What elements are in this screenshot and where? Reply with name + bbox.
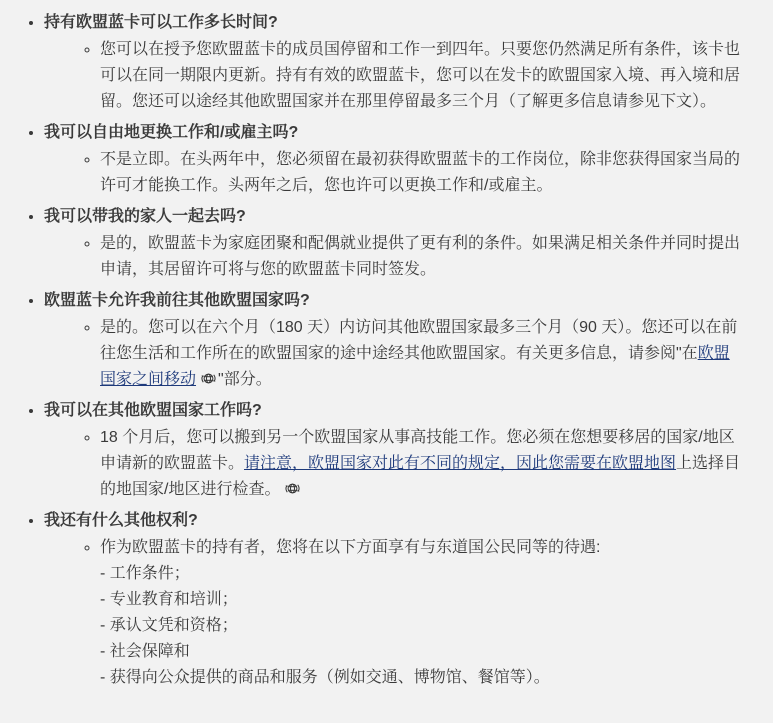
faq-list: 持有欧盟蓝卡可以工作多长时间? 您可以在授予您欧盟蓝卡的成员国停留和工作一到四年… <box>0 10 743 691</box>
question-text: 持有欧盟蓝卡可以工作多长时间? <box>44 14 278 31</box>
question-text: 我还有什么其他权利? <box>44 512 198 529</box>
eu-map-rules-link[interactable]: 请注意，欧盟国家对此有不同的规定，因此您需要在欧盟地图 <box>244 455 676 472</box>
question-item: 我还有什么其他权利? 作为欧盟蓝卡的持有者，您将在以下方面享有与东道国公民同等的… <box>44 508 743 691</box>
rights-line: - 专业教育和培训； <box>100 587 743 613</box>
question-text: 我可以自由地更换工作和/或雇主吗? <box>44 124 298 141</box>
question-item: 我可以在其他欧盟国家工作吗? 18 个月后，您可以搬到另一个欧盟国家从事高技能工… <box>44 398 743 503</box>
globe-arrows-icon[interactable] <box>200 371 217 386</box>
question-text: 我可以带我的家人一起去吗? <box>44 208 246 225</box>
answer-text: 您可以在授予您欧盟蓝卡的成员国停留和工作一到四年。只要您仍然满足所有条件，该卡也… <box>100 41 740 110</box>
answer-item: 作为欧盟蓝卡的持有者，您将在以下方面享有与东道国公民同等的待遇: - 工作条件；… <box>100 535 743 691</box>
answer-item: 不是立即。在头两年中，您必须留在最初获得欧盟蓝卡的工作岗位，除非您获得国家当局的… <box>100 147 743 199</box>
answer-text: 不是立即。在头两年中，您必须留在最初获得欧盟蓝卡的工作岗位，除非您获得国家当局的… <box>100 151 740 194</box>
rights-line: - 承认文凭和资格； <box>100 613 743 639</box>
answer-list: 18 个月后，您可以搬到另一个欧盟国家从事高技能工作。您必须在您想要移居的国家/… <box>44 425 743 503</box>
question-item: 欧盟蓝卡允许我前往其他欧盟国家吗? 是的。您可以在六个月（180 天）内访问其他… <box>44 288 743 393</box>
answer-list: 不是立即。在头两年中，您必须留在最初获得欧盟蓝卡的工作岗位，除非您获得国家当局的… <box>44 147 743 199</box>
question-item: 我可以自由地更换工作和/或雇主吗? 不是立即。在头两年中，您必须留在最初获得欧盟… <box>44 120 743 199</box>
rights-line: - 工作条件； <box>100 561 743 587</box>
link-label[interactable]: 请注意，欧盟国家对此有不同的规定，因此您需要在欧盟地图 <box>244 455 676 472</box>
rights-line: - 社会保障和 <box>100 639 743 665</box>
answer-list: 您可以在授予您欧盟蓝卡的成员国停留和工作一到四年。只要您仍然满足所有条件，该卡也… <box>44 37 743 115</box>
question-text: 欧盟蓝卡允许我前往其他欧盟国家吗? <box>44 292 310 309</box>
answer-list: 是的。您可以在六个月（180 天）内访问其他欧盟国家最多三个月（90 天）。您还… <box>44 315 743 393</box>
question-text: 我可以在其他欧盟国家工作吗? <box>44 402 262 419</box>
answer-item: 您可以在授予您欧盟蓝卡的成员国停留和工作一到四年。只要您仍然满足所有条件，该卡也… <box>100 37 743 115</box>
answer-text: 是的。您可以在六个月（180 天）内访问其他欧盟国家最多三个月（90 天）。您还… <box>100 319 737 362</box>
answer-text: 是的，欧盟蓝卡为家庭团聚和配偶就业提供了更有利的条件。如果满足相关条件并同时提出… <box>100 235 740 278</box>
answer-item: 是的。您可以在六个月（180 天）内访问其他欧盟国家最多三个月（90 天）。您还… <box>100 315 743 393</box>
rights-line: - 获得向公众提供的商品和服务（例如交通、博物馆、餐馆等）。 <box>100 665 743 691</box>
question-item: 持有欧盟蓝卡可以工作多长时间? 您可以在授予您欧盟蓝卡的成员国停留和工作一到四年… <box>44 10 743 115</box>
answer-item: 18 个月后，您可以搬到另一个欧盟国家从事高技能工作。您必须在您想要移居的国家/… <box>100 425 743 503</box>
globe-arrows-icon <box>284 481 301 496</box>
answer-list: 是的，欧盟蓝卡为家庭团聚和配偶就业提供了更有利的条件。如果满足相关条件并同时提出… <box>44 231 743 283</box>
question-item: 我可以带我的家人一起去吗? 是的，欧盟蓝卡为家庭团聚和配偶就业提供了更有利的条件… <box>44 204 743 283</box>
answer-intro: 作为欧盟蓝卡的持有者，您将在以下方面享有与东道国公民同等的待遇: <box>100 535 743 561</box>
answer-item: 是的，欧盟蓝卡为家庭团聚和配偶就业提供了更有利的条件。如果满足相关条件并同时提出… <box>100 231 743 283</box>
answer-text: "部分。 <box>218 371 272 388</box>
answer-list: 作为欧盟蓝卡的持有者，您将在以下方面享有与东道国公民同等的待遇: - 工作条件；… <box>44 535 743 691</box>
